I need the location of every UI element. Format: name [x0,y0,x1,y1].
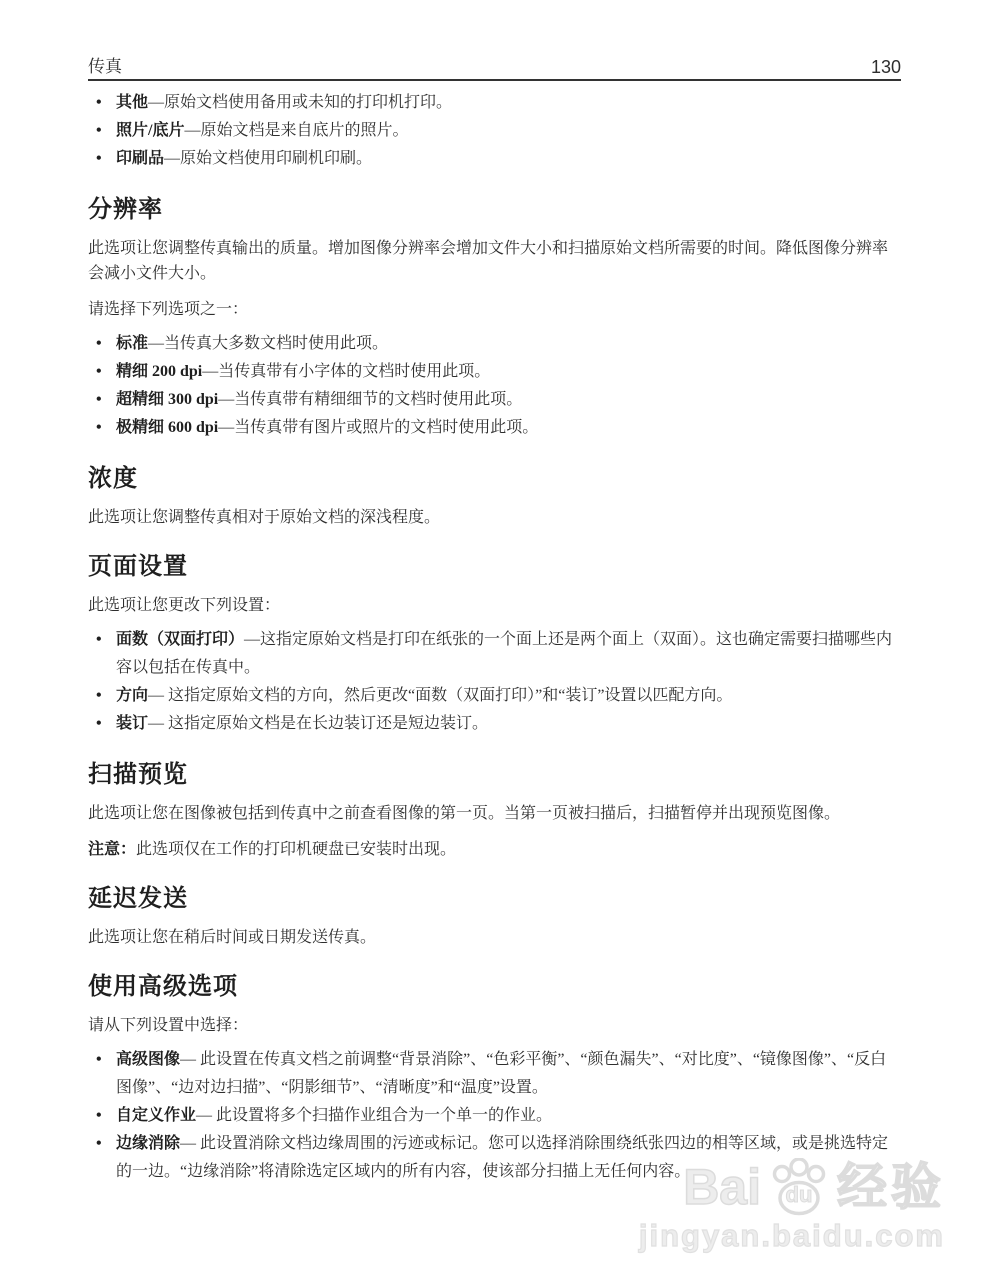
bullet-term: 装订 [116,715,148,732]
bullet-term: 高级图像 [116,1051,180,1068]
note-label: 注意： [88,841,136,858]
bullet-desc: —原始文档使用印刷机印刷。 [164,150,372,167]
list-item: 方向— 这指定原始文档的方向，然后更改“面数（双面打印）”和“装订”设置以匹配方… [96,682,901,710]
bullet-term: 超精细 300 dpi [116,391,218,408]
note-text: 此选项仅在工作的打印机硬盘已安装时出现。 [136,841,456,858]
section-darkness: 浓度 此选项让您调整传真相对于原始文档的深浅程度。 [88,464,901,530]
section-scan-preview: 扫描预览 此选项让您在图像被包括到传真中之前查看图像的第一页。当第一页被扫描后，… [88,760,901,862]
header-title: 传真 [88,56,122,78]
bullet-desc: —当传真带有图片或照片的文档时使用此项。 [218,419,538,436]
list-item: 其他—原始文档使用备用或未知的打印机打印。 [96,89,901,117]
bullet-desc: — 这指定原始文档是在长边装订还是短边装订。 [148,715,488,732]
bullet-desc: — 此设置消除文档边缘周围的污迹或标记。您可以选择消除围绕纸张四边的相等区域，或… [116,1135,888,1180]
bullet-term: 自定义作业 [116,1107,196,1124]
watermark-url: jingyan.baidu.com [639,1218,945,1254]
section-advanced-options: 使用高级选项 请从下列设置中选择： 高级图像— 此设置在传真文档之前调整“背景消… [88,972,901,1186]
bullet-desc: —当传真带有精细细节的文档时使用此项。 [218,391,522,408]
list-item: 自定义作业— 此设置将多个扫描作业组合为一个单一的作业。 [96,1102,901,1130]
bullet-term: 极精细 600 dpi [116,419,218,436]
bullet-desc: — 此设置在传真文档之前调整“背景消除”、“色彩平衡”、“颜色漏失”、“对比度”… [116,1051,886,1096]
paragraph: 此选项让您调整传真相对于原始文档的深浅程度。 [88,505,901,530]
bullet-list: 面数（双面打印）—这指定原始文档是打印在纸张的一个面上还是两个面上（双面）。这也… [96,626,901,738]
section-title: 页面设置 [88,552,901,582]
note: 注意：此选项仅在工作的打印机硬盘已安装时出现。 [88,837,901,862]
bullet-desc: —原始文档使用备用或未知的打印机打印。 [148,94,452,111]
paragraph: 此选项让您调整传真输出的质量。增加图像分辨率会增加文件大小和扫描原始文档所需要的… [88,236,901,286]
document-page: 传真 130 其他—原始文档使用备用或未知的打印机打印。 照片/底片—原始文档是… [0,0,989,1280]
list-item: 照片/底片—原始文档是来自底片的照片。 [96,117,901,145]
paragraph: 请从下列设置中选择： [88,1013,901,1038]
list-item: 极精细 600 dpi—当传真带有图片或照片的文档时使用此项。 [96,414,901,442]
list-item: 面数（双面打印）—这指定原始文档是打印在纸张的一个面上还是两个面上（双面）。这也… [96,626,901,682]
bullet-desc: —当传真带有小字体的文档时使用此项。 [202,363,490,380]
section-title: 扫描预览 [88,760,901,790]
bullet-term: 照片/底片 [116,122,184,139]
section-title: 使用高级选项 [88,972,901,1002]
list-item: 超精细 300 dpi—当传真带有精细细节的文档时使用此项。 [96,386,901,414]
section-title: 延迟发送 [88,884,901,914]
list-item: 精细 200 dpi—当传真带有小字体的文档时使用此项。 [96,358,901,386]
list-item: 高级图像— 此设置在传真文档之前调整“背景消除”、“色彩平衡”、“颜色漏失”、“… [96,1046,901,1102]
bullet-term: 印刷品 [116,150,164,167]
bullet-desc: — 这指定原始文档的方向，然后更改“面数（双面打印）”和“装订”设置以匹配方向。 [148,687,732,704]
section-page-setup: 页面设置 此选项让您更改下列设置： 面数（双面打印）—这指定原始文档是打印在纸张… [88,552,901,738]
intro-bullet-list: 其他—原始文档使用备用或未知的打印机打印。 照片/底片—原始文档是来自底片的照片… [96,89,901,173]
bullet-desc: —当传真大多数文档时使用此项。 [148,335,388,352]
bullet-desc: — 此设置将多个扫描作业组合为一个单一的作业。 [196,1107,552,1124]
bullet-term: 精细 200 dpi [116,363,202,380]
section-title: 分辨率 [88,195,901,225]
list-item: 印刷品—原始文档使用印刷机印刷。 [96,145,901,173]
bullet-desc: —原始文档是来自底片的照片。 [184,122,408,139]
header-page-number: 130 [871,56,901,78]
page-header: 传真 130 [88,0,901,81]
paragraph: 此选项让您在图像被包括到传真中之前查看图像的第一页。当第一页被扫描后，扫描暂停并… [88,801,901,826]
paragraph: 此选项让您在稍后时间或日期发送传真。 [88,925,901,950]
list-item: 标准—当传真大多数文档时使用此项。 [96,330,901,358]
section-delayed-send: 延迟发送 此选项让您在稍后时间或日期发送传真。 [88,884,901,950]
paragraph: 请选择下列选项之一： [88,297,901,322]
content: 其他—原始文档使用备用或未知的打印机打印。 照片/底片—原始文档是来自底片的照片… [88,89,901,1186]
bullet-term: 方向 [116,687,148,704]
section-title: 浓度 [88,464,901,494]
bullet-list: 标准—当传真大多数文档时使用此项。 精细 200 dpi—当传真带有小字体的文档… [96,330,901,442]
bullet-term: 其他 [116,94,148,111]
bullet-term: 标准 [116,335,148,352]
bullet-term: 面数（双面打印） [116,631,244,648]
bullet-list: 高级图像— 此设置在传真文档之前调整“背景消除”、“色彩平衡”、“颜色漏失”、“… [96,1046,901,1186]
section-resolution: 分辨率 此选项让您调整传真输出的质量。增加图像分辨率会增加文件大小和扫描原始文档… [88,195,901,442]
list-item: 装订— 这指定原始文档是在长边装订还是短边装订。 [96,710,901,738]
list-item: 边缘消除— 此设置消除文档边缘周围的污迹或标记。您可以选择消除围绕纸张四边的相等… [96,1130,901,1186]
paragraph: 此选项让您更改下列设置： [88,593,901,618]
bullet-term: 边缘消除 [116,1135,180,1152]
